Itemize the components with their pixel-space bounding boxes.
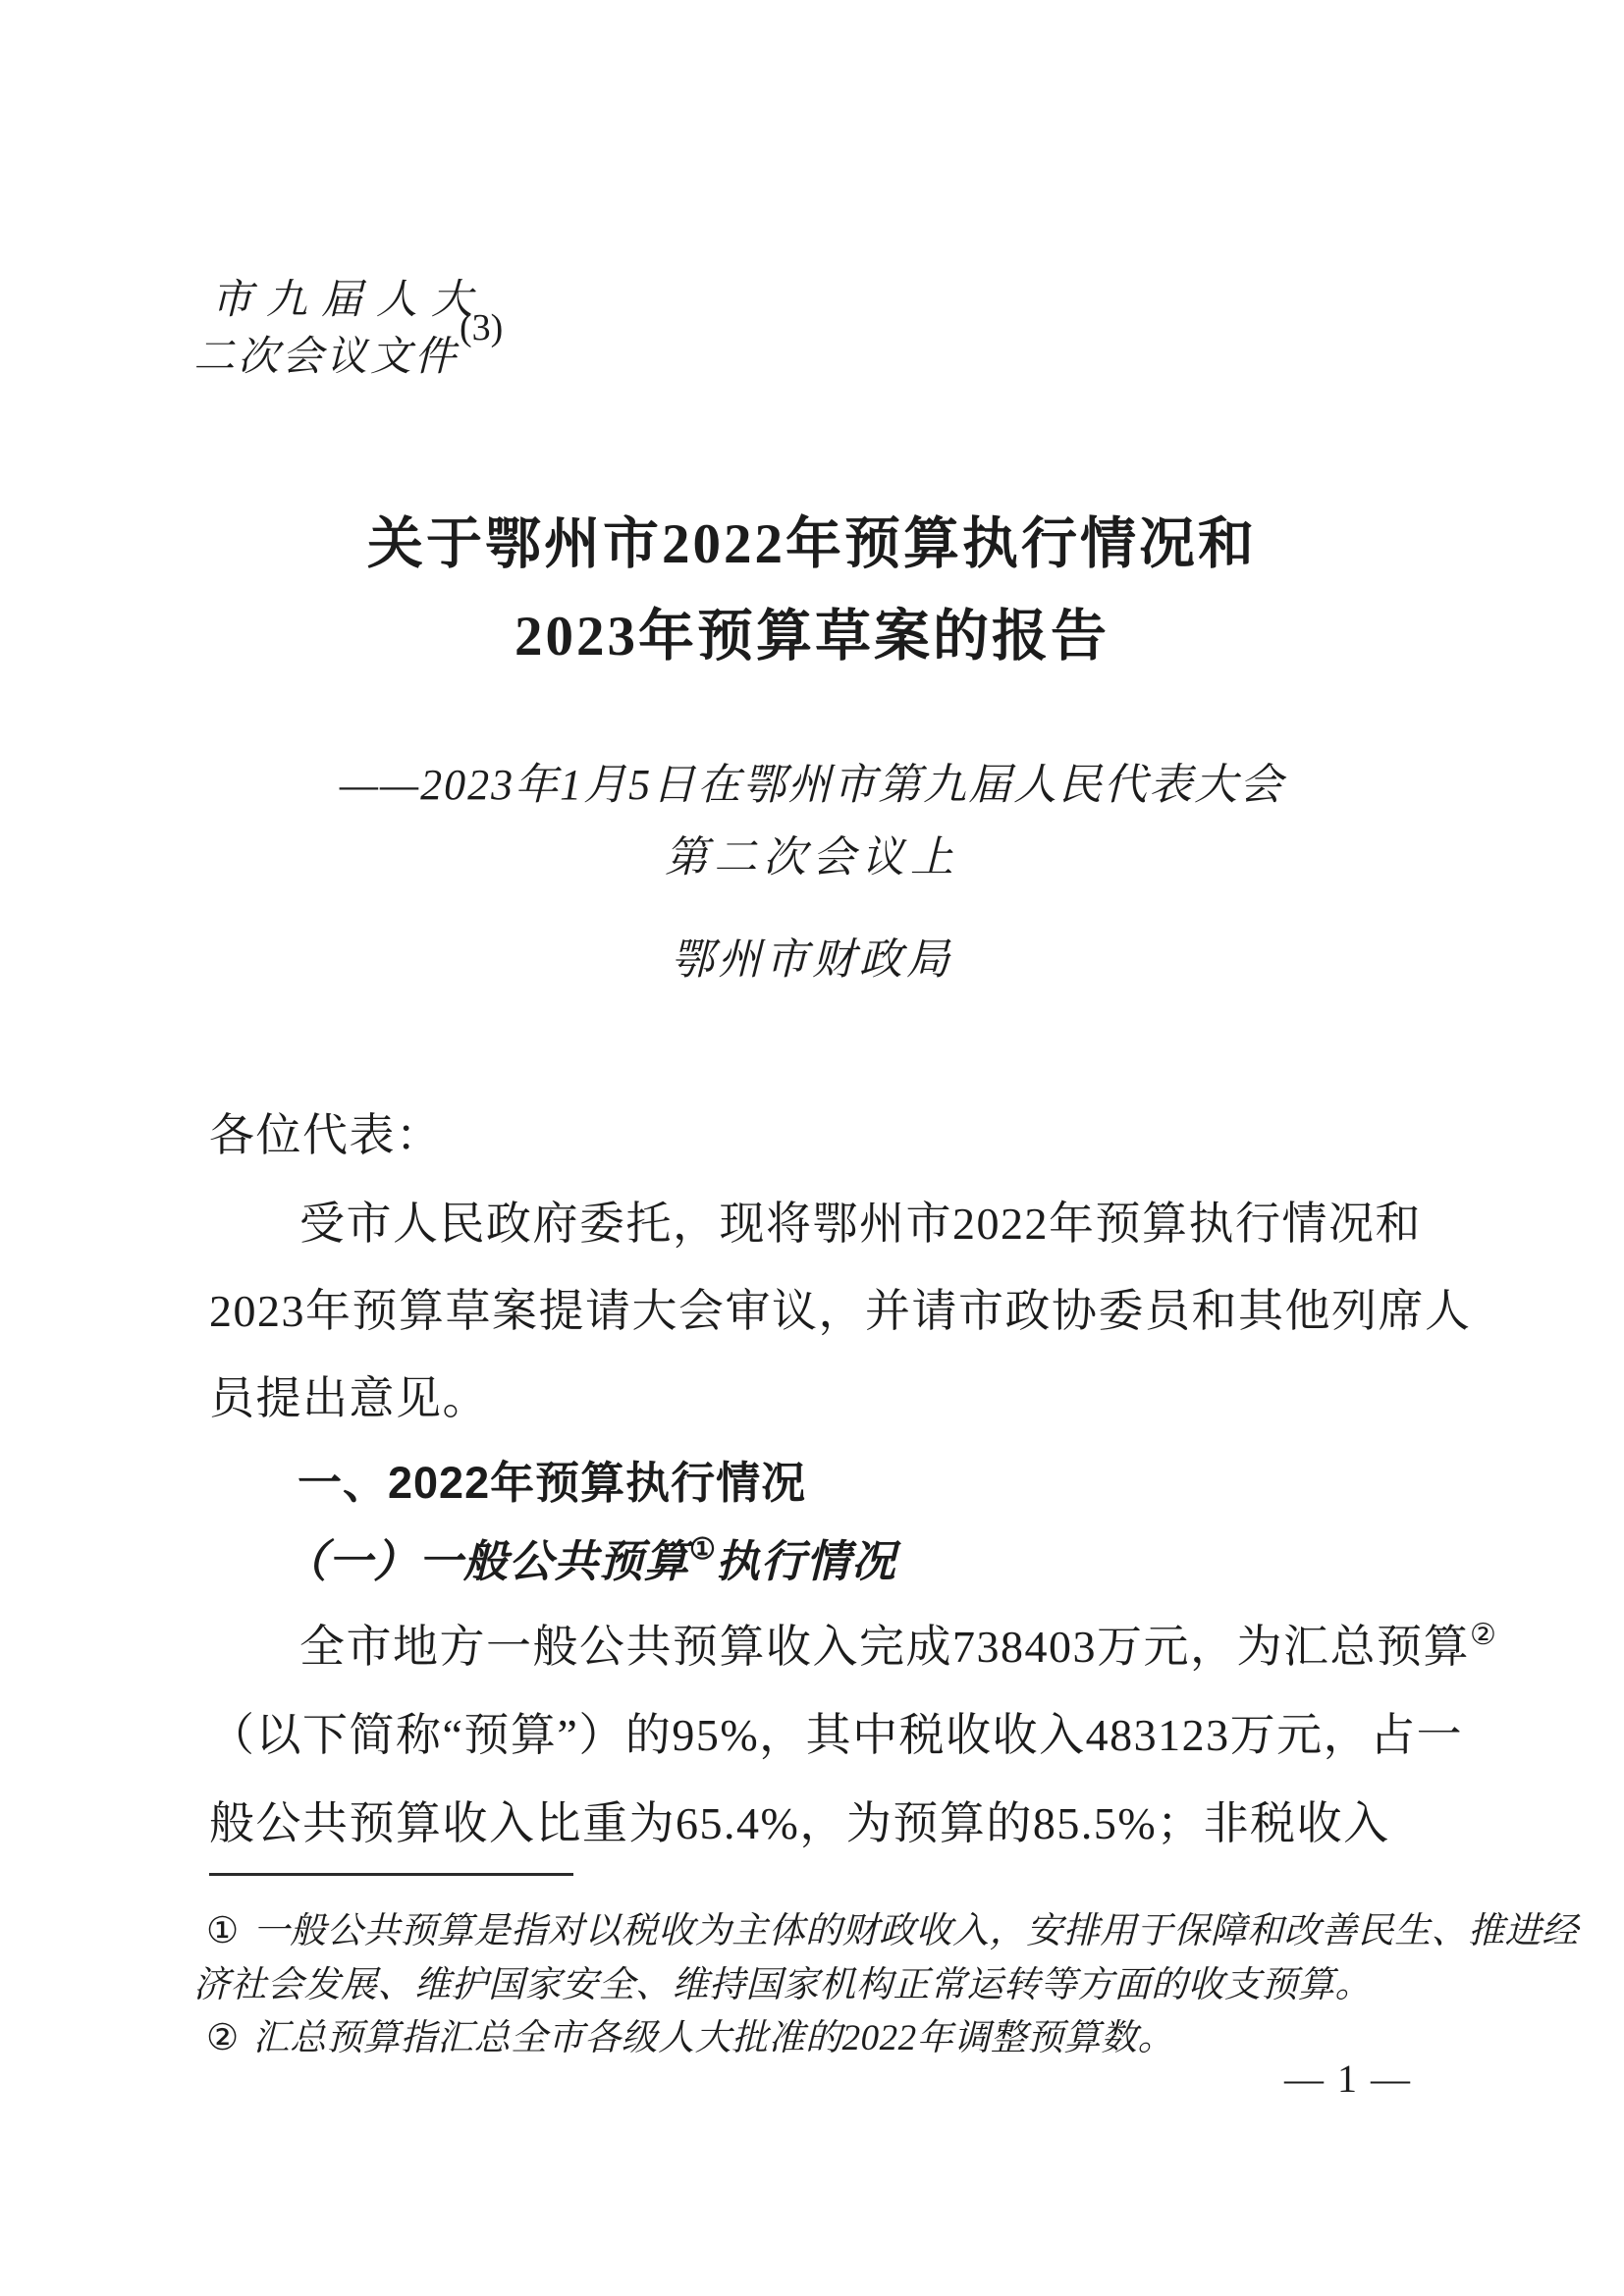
section-heading-2: （一）一般公共预算①执行情况 [283, 1525, 896, 1589]
paragraph-1-line-3: 员提出意见。 [209, 1362, 1436, 1427]
footnote-1-line-2: 济社会发展、维护国家安全、维持国家机构正常运转等方面的收支预算。 [193, 1954, 1372, 2007]
subtitle-line-2: 第二次会议上 [0, 822, 1624, 884]
footnote-2: ②汇总预算指汇总全市各级人大批准的2022年调整预算数。 [206, 2007, 1174, 2060]
subtitle-line-1: ——2023年1月5日在鄂州市第九届人民代表大会 [0, 749, 1624, 812]
paragraph-2-line-1: 全市地方一般公共预算收入完成738403万元，为汇总预算② [209, 1611, 1436, 1676]
document-page: 市九届人大 二次会议文件 (3) 关于鄂州市2022年预算执行情况和 2023年… [0, 0, 1624, 2296]
paragraph-2-line-3: 般公共预算收入比重为65.4%，为预算的85.5%；非税收入 [209, 1788, 1436, 1852]
stamp-line-2: 二次会议文件 [193, 324, 459, 383]
section-heading-1: 一、2022年预算执行情况 [298, 1447, 806, 1511]
salutation: 各位代表： [209, 1099, 1436, 1164]
page-title-line-2: 2023年预算草案的报告 [0, 591, 1624, 671]
page-title-line-1: 关于鄂州市2022年预算执行情况和 [0, 499, 1624, 579]
paragraph-1-line-2: 2023年预算草案提请大会审议，并请市政协委员和其他列席人 [209, 1275, 1436, 1340]
footnote-divider [209, 1873, 573, 1876]
stamp-line-1: 市九届人大 [211, 267, 486, 326]
footnote-1-text-1: 一般公共预算是指对以税收为主体的财政收入，安排用于保障和改善民生、推进经 [253, 1911, 1579, 1951]
footnote-ref-2: ② [1470, 1619, 1496, 1651]
footnote-1-line-1: ①一般公共预算是指对以税收为主体的财政收入，安排用于保障和改善民生、推进经 [206, 1900, 1579, 1953]
footnote-1-marker: ① [206, 1911, 253, 1951]
author: 鄂州市财政局 [0, 924, 1624, 987]
section-heading-2-text-tail: 执行情况 [716, 1537, 896, 1586]
section-heading-2-text: （一）一般公共预算 [283, 1537, 689, 1586]
stamp-doc-number: (3) [460, 306, 503, 349]
footnote-2-marker: ② [206, 2018, 253, 2058]
footnote-2-text: 汇总预算指汇总全市各级人大批准的2022年调整预算数。 [253, 2018, 1175, 2058]
paragraph-2-line-1-text: 全市地方一般公共预算收入完成738403万元，为汇总预算 [299, 1622, 1470, 1672]
footnote-ref-1: ① [689, 1533, 716, 1566]
page-number: — 1 — [1270, 2056, 1427, 2102]
paragraph-2-line-2: （以下简称“预算”）的95%，其中税收收入483123万元，占一 [209, 1699, 1436, 1764]
paragraph-1-line-1: 受市人民政府委托，现将鄂州市2022年预算执行情况和 [209, 1188, 1436, 1253]
